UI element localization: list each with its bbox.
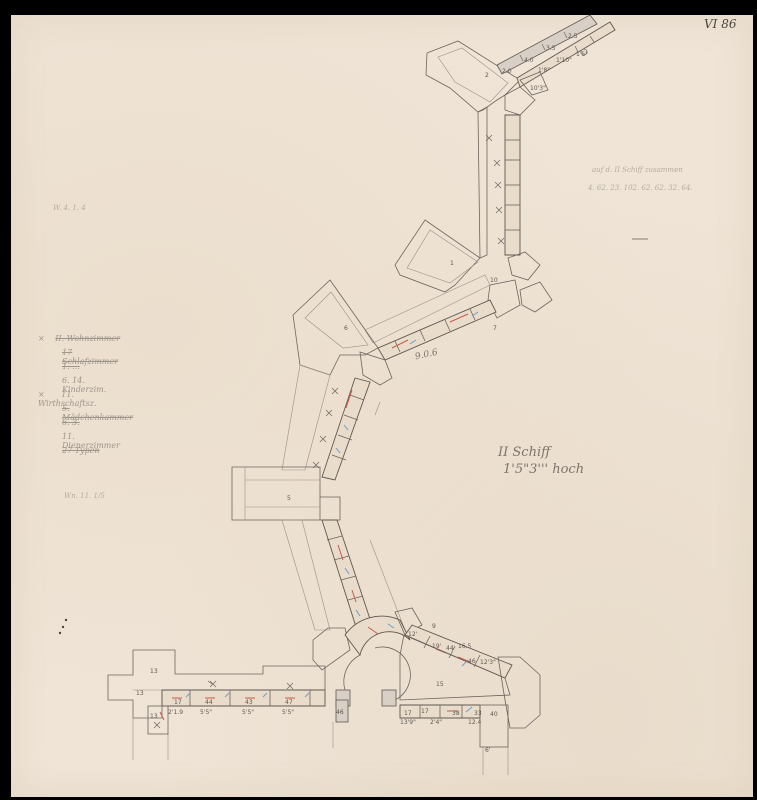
corridor-label: 33 [474, 710, 482, 717]
middle-slanted-corridor [282, 365, 370, 480]
left-faint-note: W. 4. 1. 4 [53, 204, 86, 212]
margin-dots [59, 619, 67, 634]
bottom-left-note: Wn. 11. 1/5 [64, 492, 105, 500]
corridor-label: 3.5 [546, 45, 556, 52]
corridor-label: 10'3" [530, 85, 546, 92]
legend-mark: × [38, 334, 45, 343]
right-note-line1: auf d. II Schiff zusammen [592, 166, 683, 174]
room-number: 6 [344, 325, 348, 332]
corridor-label: 47 [285, 699, 293, 706]
room-number: 5 [287, 495, 291, 502]
legend-item: 27 Typen [62, 446, 100, 455]
corridor-label: 38 [452, 710, 460, 717]
corridor-label: 1'5" [576, 51, 588, 58]
corridor-label: 43 [245, 699, 253, 706]
dimension: 16.5 [458, 643, 472, 650]
lower-slanted-corridor [322, 520, 405, 630]
room-number: 2 [485, 72, 489, 79]
corridor-label: 1'10" [556, 57, 572, 64]
dimension: 13'9" [400, 719, 416, 726]
center-label-line2: 1'5"3''' hoch [503, 462, 584, 477]
center-label-line1: II Schiff [498, 445, 550, 460]
legend-item: × II. Wohnzimmer [38, 334, 120, 343]
corridor-label: 46 [468, 658, 476, 665]
room-number: 9 [432, 623, 436, 630]
dimension: 2'4" [430, 719, 442, 726]
corridor-label: 4.0 [524, 57, 534, 64]
upper-vertical-corridor [478, 107, 520, 258]
curved-corridor-upper [365, 275, 496, 360]
dimension: 6' [485, 747, 491, 754]
room-number: 7 [493, 325, 497, 332]
corridor-label: 44 [205, 699, 213, 706]
room-number: 13 [150, 668, 158, 675]
corridor-label: 1'8" [538, 67, 550, 74]
room-number: 1 [450, 260, 454, 267]
round-tower [313, 608, 422, 706]
dimension: 5'5" [282, 709, 294, 716]
top-wing [426, 15, 615, 112]
wing-6 [293, 280, 392, 385]
room-labels: 2 1 6 5 13 13 13 15 9 7 17 10 [136, 72, 498, 720]
dimension-tick [375, 402, 380, 415]
corridor-label: 2.0 [502, 68, 512, 75]
legend-text: 1. ... [62, 362, 80, 371]
bottom-left-wing [108, 650, 348, 760]
dimension: 12'3" [480, 659, 496, 666]
dimension: 12.4 [468, 719, 482, 726]
mid-wing [395, 220, 552, 318]
corridor-label: 2.5 [568, 33, 578, 40]
legend-text: II. Wohnzimmer [55, 334, 120, 343]
legend-text: 27 Typen [62, 446, 100, 455]
dimension: 19' [432, 643, 442, 650]
room-number: 13 [150, 713, 158, 720]
dimension: 5'5" [200, 709, 212, 716]
dimension: 5'5" [242, 709, 254, 716]
corridor-label: 17 [404, 710, 412, 717]
corridor-label: 44 [446, 645, 454, 652]
room-number: 10 [490, 277, 498, 284]
room-number: 17 [421, 708, 429, 715]
dimension: 12' [408, 631, 418, 638]
legend-item: 1. ... [62, 362, 80, 371]
corridor-label: 46 [336, 709, 344, 716]
wing-5 [232, 467, 340, 630]
legend-item: 6. 3. [62, 418, 80, 427]
room-number: 15 [436, 681, 444, 688]
right-note-line2: 4. 62. 23. 102. 62. 62. 32. 64. [588, 184, 693, 192]
corridor-label: 17 [174, 699, 182, 706]
legend-mark: × [38, 390, 45, 399]
corridor-label: 40 [490, 711, 498, 718]
room-number: 13 [136, 690, 144, 697]
dimension: 2'1.9 [168, 709, 183, 716]
catalog-mark: VI 86 [704, 17, 737, 31]
legend-text: 6. 3. [62, 418, 80, 427]
